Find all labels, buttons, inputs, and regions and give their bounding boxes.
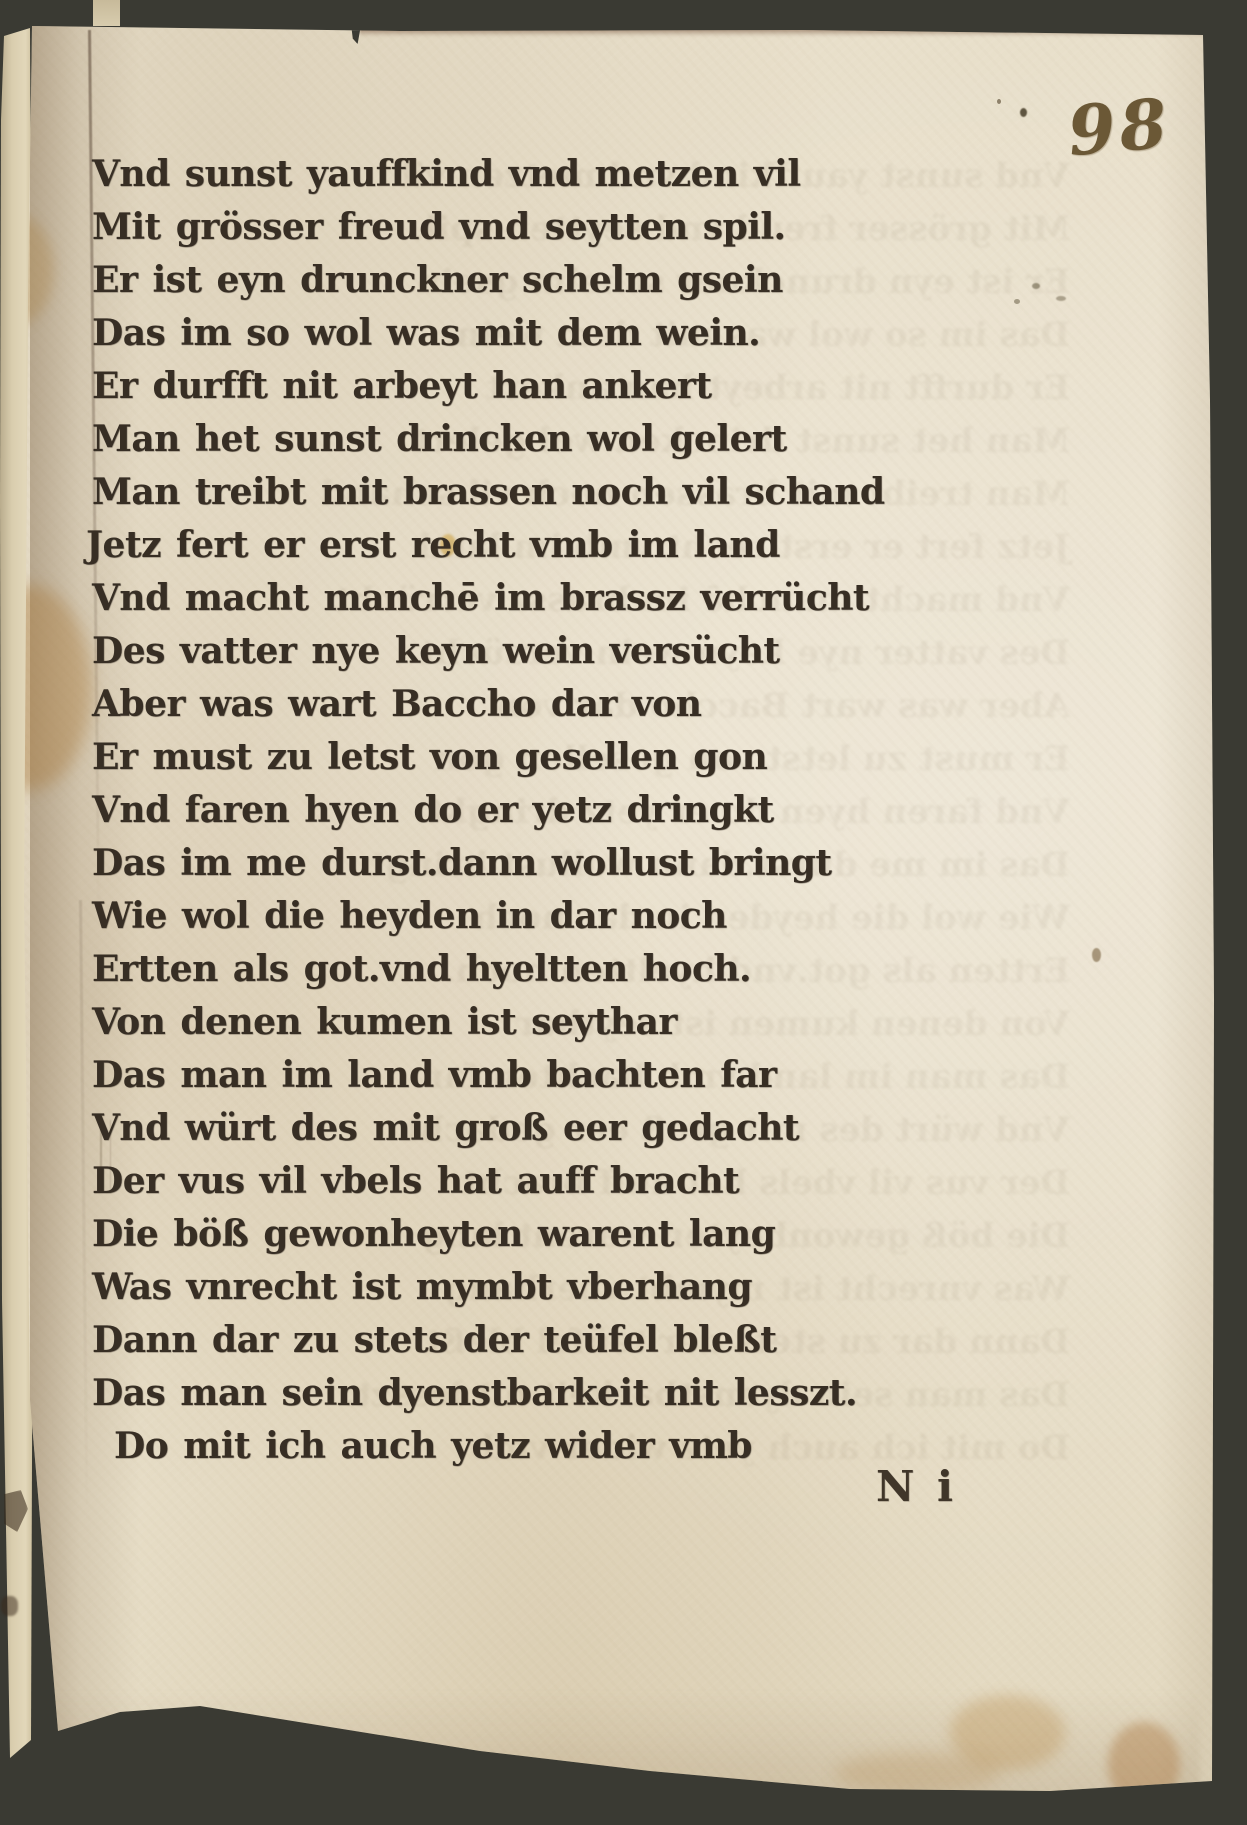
poem-line: Mit grösser freud vnd seytten spil. — [92, 201, 952, 254]
poem-line: Er must zu letst von gesellen gon — [92, 731, 952, 784]
poem-line: Wie wol die heyden in dar noch — [92, 890, 952, 943]
foxing-stain — [835, 1752, 1000, 1794]
ink-speck — [1056, 296, 1066, 301]
poem-line: Vnd würt des mit groß eer gedacht — [92, 1102, 952, 1155]
ink-speck — [1032, 283, 1040, 289]
binding-sewing-mark — [1, 1596, 18, 1616]
poem-line: Aber was wart Baccho dar von — [92, 678, 952, 731]
poem-line: Ertten als got.vnd hyeltten hoch. — [92, 943, 952, 996]
poem-line: Er ist eyn drunckner schelm gsein — [92, 254, 952, 307]
page-edge-tab — [93, 0, 120, 26]
poem-line: Man treibt mit brassen noch vil schand — [92, 466, 952, 519]
page-top-edge-shadow — [360, 28, 1213, 37]
poem-line: Das man sein dyenstbarkeit nit lesszt. — [92, 1367, 952, 1420]
ink-speck — [1014, 299, 1020, 304]
scanned-book-page-photo: Vnd sunst yauffkind vnd metzen vilMit gr… — [0, 0, 1247, 1825]
poem-line: Die böß gewonheyten warent lang — [92, 1208, 952, 1261]
page-number: 98 — [1065, 84, 1172, 172]
ink-speck — [1092, 948, 1101, 962]
poem-line: Do mit ich auch yetz wider vmb — [92, 1420, 952, 1473]
poem-line: Was vnrecht ist mymbt vberhang — [92, 1261, 952, 1314]
poem-line: Vnd macht manchē im brassz verrücht — [92, 572, 952, 625]
ink-speck — [997, 99, 1001, 104]
poem-line: Von denen kumen ist seythar — [92, 996, 952, 1049]
poem-line: Dann dar zu stets der teüfel bleßt — [92, 1314, 952, 1367]
poem-line: Des vatter nye keyn wein versücht — [92, 625, 952, 678]
poem-line: Der vus vil vbels hat auff bracht — [92, 1155, 952, 1208]
poem-line: Jetz fert er erst recht vmb im land — [86, 519, 952, 572]
book-page: Vnd sunst yauffkind vnd metzen vilMit gr… — [0, 0, 1247, 1825]
signature-mark: N i — [876, 1462, 957, 1511]
poem-line: Das man im land vmb bachten far — [92, 1049, 952, 1102]
poem-text: Vnd sunst yauffkind vnd metzen vilMit gr… — [92, 148, 952, 1473]
right-edge-shade — [1157, 0, 1217, 1825]
poem-line: Man het sunst drincken wol gelert — [92, 413, 952, 466]
poem-line: Vnd faren hyen do er yetz dringkt — [92, 784, 952, 837]
ink-speck — [1020, 108, 1027, 117]
poem-line: Er durfft nit arbeyt han ankert — [92, 360, 952, 413]
poem-line: Vnd sunst yauffkind vnd metzen vil — [92, 148, 952, 201]
poem-line: Das im me durst.dann wollust bringt — [92, 837, 952, 890]
foxing-stain — [1108, 1722, 1180, 1807]
poem-line: Das im so wol was mit dem wein. — [92, 307, 952, 360]
